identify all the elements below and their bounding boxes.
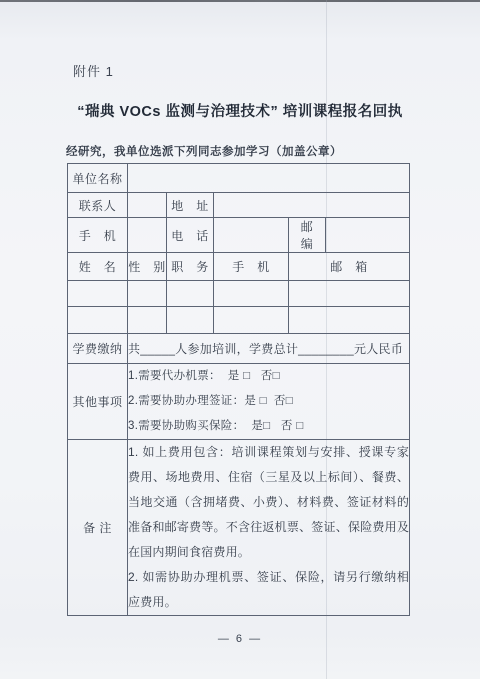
table-row: 学费缴纳 共_____人参加培训，学费总计________元人民币 — [68, 334, 410, 364]
table-row — [68, 281, 410, 307]
contact-field — [128, 193, 167, 218]
remark-paragraph-1: 1. 如上费用包含：培训课程策划与安排、授课专家费用、场地费用、住宿（三星及以上… — [128, 440, 409, 565]
fee-text: 共_____人参加培训，学费总计________元人民币 — [128, 342, 403, 356]
gender-field — [128, 281, 167, 307]
unit-name-field — [128, 164, 410, 193]
remark-paragraph-2: 2. 如需协助办理机票、签证、保险，请另行缴纳相应费用。 — [128, 565, 409, 615]
contact-label: 联系人 — [68, 193, 128, 218]
table-row: 联系人 地 址 — [68, 193, 410, 218]
remark-label: 备 注 — [68, 440, 128, 616]
fee-cell: 共_____人参加培训，学费总计________元人民币 — [128, 334, 410, 364]
col-header-gender: 性 别 — [128, 253, 167, 281]
table-row — [68, 307, 410, 334]
table-row: 备 注 1. 如上费用包含：培训课程策划与安排、授课专家费用、场地费用、住宿（三… — [68, 440, 410, 616]
col-header-mobile: 手 机 — [214, 253, 289, 281]
checkbox-line-visa: 2.需要协助办理签证：是 □ 否□ — [128, 389, 409, 414]
remark-cell: 1. 如上费用包含：培训课程策划与安排、授课专家费用、场地费用、住宿（三星及以上… — [128, 440, 410, 616]
checkbox-line-flight: 1.需要代办机票： 是 □ 否□ — [128, 364, 409, 389]
phone-label: 电 话 — [167, 218, 214, 253]
unit-name-label: 单位名称 — [68, 164, 128, 193]
email-field — [289, 307, 410, 334]
attachment-label: 附件 1 — [73, 61, 114, 80]
page-number: — 6 — — [0, 633, 480, 645]
scan-edge-artifact — [0, 0, 480, 2]
col-header-email: 邮 箱 — [289, 253, 410, 281]
phone-field — [214, 218, 289, 253]
name-field — [68, 307, 128, 334]
other-label: 其他事项 — [68, 364, 128, 440]
table-row: 单位名称 — [68, 164, 410, 193]
gender-field — [128, 307, 167, 334]
table-row: 手 机 电 话 邮 编 — [68, 218, 410, 253]
postcode-field — [326, 218, 410, 253]
mobile-field — [214, 307, 289, 334]
mobile-label: 手 机 — [68, 218, 128, 253]
postcode-label: 邮 编 — [289, 218, 326, 253]
other-cell: 1.需要代办机票： 是 □ 否□ 2.需要协助办理签证：是 □ 否□ 3.需要协… — [128, 364, 410, 440]
mobile-field — [214, 281, 289, 307]
table-header-row: 姓 名 性 别 职 务 手 机 邮 箱 — [68, 253, 410, 281]
position-field — [167, 281, 214, 307]
document-title: “瑞典 VOCs 监测与治理技术” 培训课程报名回执 — [0, 100, 480, 121]
position-field — [167, 307, 214, 334]
name-field — [68, 281, 128, 307]
checkbox-line-insurance: 3.需要协助购买保险： 是□ 否 □ — [128, 414, 409, 439]
mobile-field — [128, 218, 167, 253]
table-row: 其他事项 1.需要代办机票： 是 □ 否□ 2.需要协助办理签证：是 □ 否□ … — [68, 364, 410, 440]
col-header-name: 姓 名 — [68, 253, 128, 281]
col-header-position: 职 务 — [167, 253, 214, 281]
intro-line: 经研究，我单位选派下列同志参加学习（加盖公章） — [66, 143, 342, 159]
address-field — [214, 193, 410, 218]
fee-label: 学费缴纳 — [68, 334, 128, 364]
registration-table: 单位名称 联系人 地 址 手 机 电 话 邮 编 姓 名 性 别 职 务 手 机… — [67, 163, 410, 616]
address-label: 地 址 — [167, 193, 214, 218]
email-field — [289, 281, 410, 307]
